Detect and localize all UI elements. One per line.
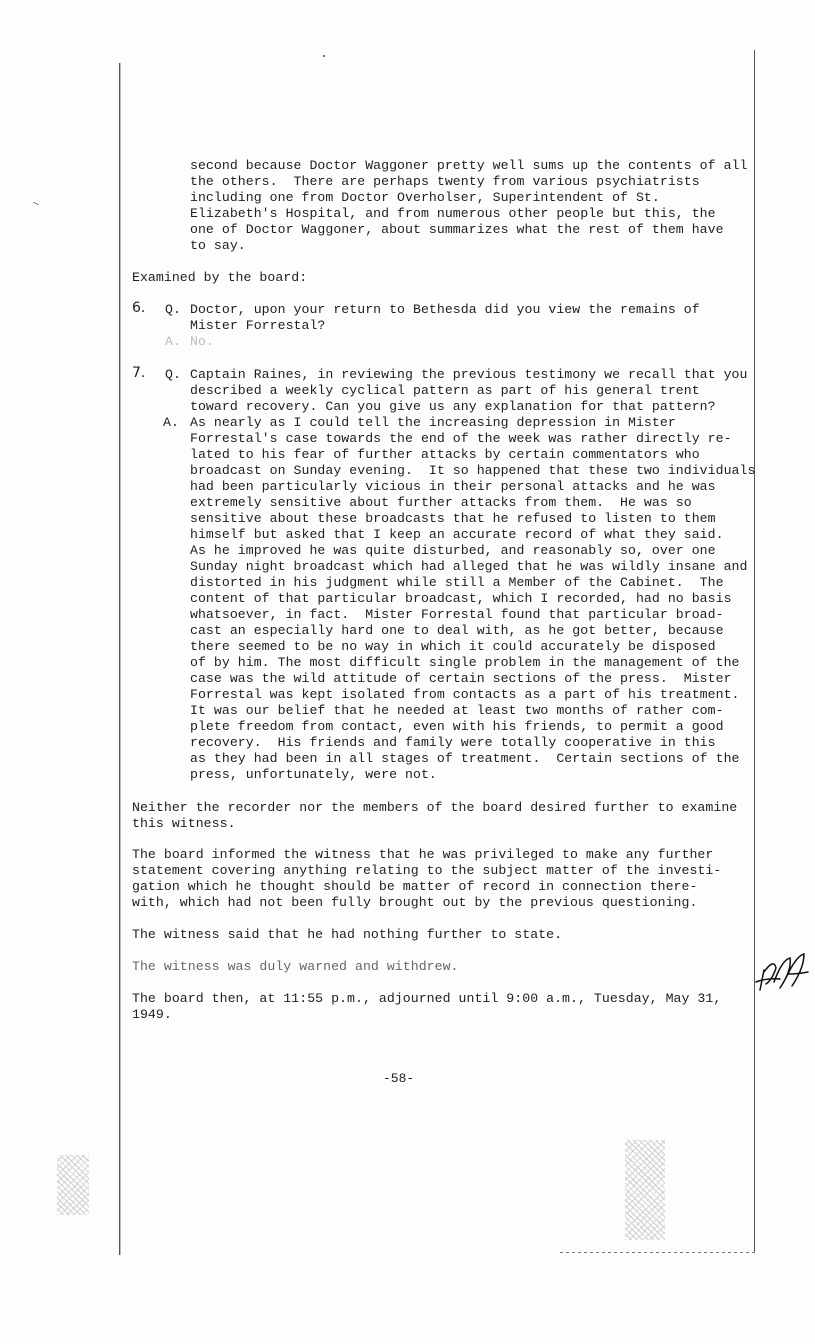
text-line: one of Doctor Waggoner, about summarizes… — [190, 222, 724, 238]
answer-marker: A. — [165, 334, 181, 350]
question-marker: Q. — [165, 302, 181, 318]
examined-heading: Examined by the board: — [132, 270, 307, 286]
answer-text: It was our belief that he needed at leas… — [190, 703, 724, 719]
scan-speck — [323, 55, 325, 57]
answer-text: press, unfortunately, were not. — [190, 767, 437, 783]
answer-text: had been particularly vicious in their p… — [190, 479, 716, 495]
answer-text: broadcast on Sunday evening. It so happe… — [190, 463, 755, 479]
question-number: 6. — [132, 300, 145, 316]
answer-text: case was the wild attitude of certain se… — [190, 671, 732, 687]
answer-text: Sunday night broadcast which had alleged… — [190, 559, 747, 575]
question-marker: Q. — [165, 367, 181, 383]
text-line: second because Doctor Waggoner pretty we… — [190, 158, 747, 174]
question-text: Mister Forrestal? — [190, 318, 325, 334]
text-line: The witness was duly warned and withdrew… — [132, 959, 459, 975]
scan-speck — [33, 202, 39, 205]
answer-text: As nearly as I could tell the increasing… — [190, 415, 676, 431]
bottom-margin-rule — [560, 1252, 755, 1253]
question-number: 7. — [132, 365, 145, 381]
answer-text: As he improved he was quite disturbed, a… — [190, 543, 716, 559]
answer-text: whatsoever, in fact. Mister Forrestal fo… — [190, 607, 724, 623]
text-line: statement covering anything relating to … — [132, 863, 721, 879]
signature-initials-icon — [752, 948, 812, 996]
question-text: toward recovery. Can you give us any exp… — [190, 399, 716, 415]
text-line: the others. There are perhaps twenty fro… — [190, 174, 700, 190]
page-number: -58- — [383, 1071, 414, 1086]
answer-text: No. — [190, 334, 214, 350]
answer-text: recovery. His friends and family were to… — [190, 735, 716, 751]
text-line: this witness. — [132, 816, 236, 832]
question-text: Captain Raines, in reviewing the previou… — [190, 367, 747, 383]
answer-text: lated to his fear of further attacks by … — [190, 447, 700, 463]
answer-text: of by him. The most difficult single pro… — [190, 655, 740, 671]
answer-text: sensitive about these broadcasts that he… — [190, 511, 716, 527]
answer-text: content of that particular broadcast, wh… — [190, 591, 732, 607]
text-line: Neither the recorder nor the members of … — [132, 800, 737, 816]
scan-noise — [625, 1140, 665, 1240]
text-line: The board then, at 11:55 p.m., adjourned… — [132, 991, 721, 1007]
answer-marker: A. — [163, 415, 179, 431]
answer-text: there seemed to be no way in which it co… — [190, 639, 716, 655]
question-text: described a weekly cyclical pattern as p… — [190, 383, 700, 399]
question-text: Doctor, upon your return to Bethesda did… — [190, 302, 700, 318]
answer-text: extremely sensitive about further attack… — [190, 495, 692, 511]
answer-text: distorted in his judgment while still a … — [190, 575, 724, 591]
text-line: to say. — [190, 238, 246, 254]
left-margin-rule — [119, 63, 121, 1255]
scan-noise — [57, 1155, 89, 1215]
text-line: 1949. — [132, 1007, 172, 1023]
text-line: The witness said that he had nothing fur… — [132, 927, 562, 943]
answer-text: Forrestal was kept isolated from contact… — [190, 687, 740, 703]
answer-text: Forrestal's case towards the end of the … — [190, 431, 732, 447]
answer-text: plete freedom from contact, even with hi… — [190, 719, 724, 735]
answer-text: cast an especially hard one to deal with… — [190, 623, 724, 639]
text-line: including one from Doctor Overholser, Su… — [190, 190, 660, 206]
answer-text: as they had been in all stages of treatm… — [190, 751, 740, 767]
text-line: gation which he thought should be matter… — [132, 879, 697, 895]
answer-text: himself but asked that I keep an accurat… — [190, 527, 724, 543]
right-margin-rule — [754, 50, 755, 1252]
text-line: The board informed the witness that he w… — [132, 847, 713, 863]
text-line: with, which had not been fully brought o… — [132, 895, 697, 911]
text-line: Elizabeth's Hospital, and from numerous … — [190, 206, 716, 222]
document-page: second because Doctor Waggoner pretty we… — [0, 0, 815, 1344]
